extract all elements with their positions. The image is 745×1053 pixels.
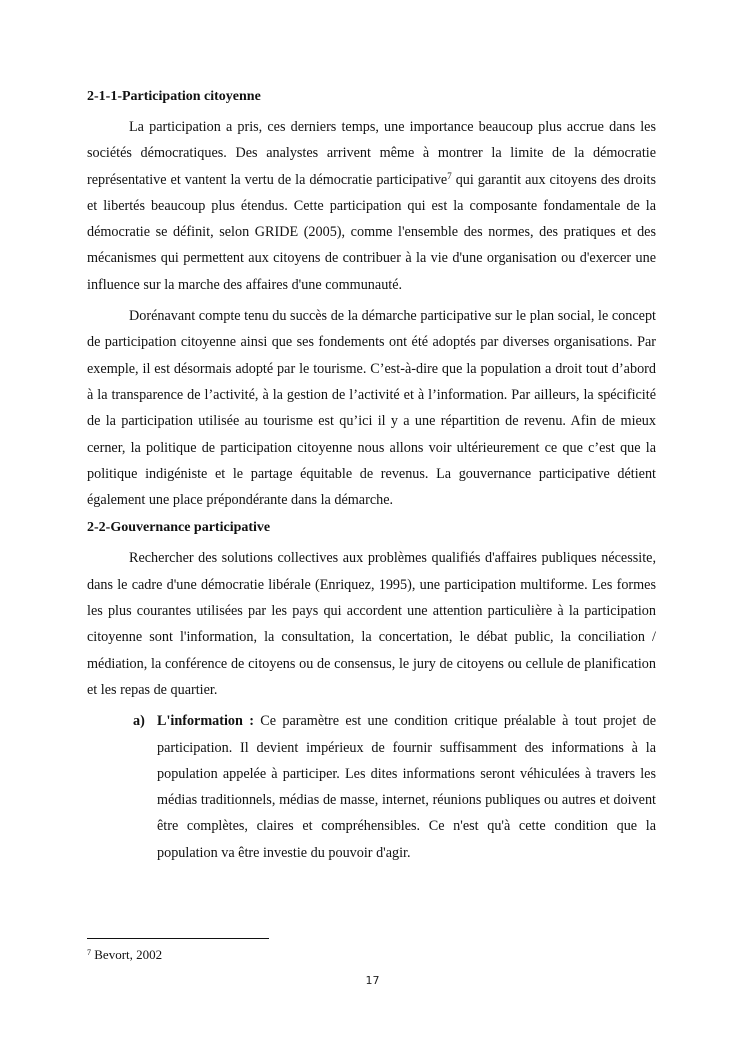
paragraph-text: qui garantit aux citoyens des droits et … [87,172,656,293]
footnote-text: Bevort, 2002 [91,947,162,962]
document-page: 2-1-1-Participation citoyenne La partici… [87,88,656,866]
paragraph-gouvernance-forms: Rechercher des solutions collectives aux… [87,545,656,703]
participation-forms-list: a)L'information : Ce paramètre est une c… [87,708,656,866]
page-number: 17 [0,974,745,987]
list-term: L'information : [157,713,254,729]
paragraph-participation-tourism: Dorénavant compte tenu du succès de la d… [87,303,656,513]
list-item-information: a)L'information : Ce paramètre est une c… [157,708,656,866]
section-heading-participation-citoyenne: 2-1-1-Participation citoyenne [87,88,656,106]
section-heading-gouvernance-participative: 2-2-Gouvernance participative [87,519,656,537]
footnote-separator [87,938,269,939]
list-item-text: Ce paramètre est une condition critique … [157,713,656,860]
paragraph-participation-definition: La participation a pris, ces derniers te… [87,114,656,298]
list-marker: a) [133,708,145,734]
footnote-7: 7 Bevort, 2002 [87,946,162,964]
